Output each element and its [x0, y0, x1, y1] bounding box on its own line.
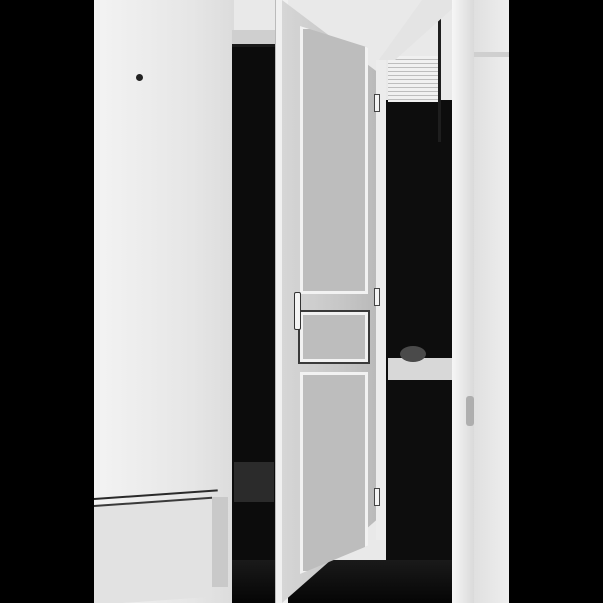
- shelf-object: [400, 346, 426, 362]
- hinge-icon: [374, 488, 380, 506]
- wall-stain: [466, 396, 474, 426]
- hinge-icon: [374, 288, 380, 306]
- wall-hole: [136, 74, 143, 81]
- left-doorway-step: [234, 462, 274, 502]
- window-blind: [388, 56, 440, 102]
- left-doorway-lintel: [232, 30, 276, 47]
- left-doorway: [232, 30, 276, 603]
- door-panel-top: [300, 26, 368, 294]
- floor: [232, 560, 452, 603]
- wall-baseboard-panel: [94, 497, 212, 603]
- blind-cord: [438, 12, 441, 142]
- right-wall: [474, 0, 509, 603]
- right-wall-molding: [474, 52, 509, 57]
- shelf: [388, 358, 452, 380]
- door-handle-icon: [294, 292, 301, 330]
- door-frame-header: [368, 0, 458, 60]
- hinge-icon: [374, 94, 380, 112]
- wall-baseboard-side: [212, 497, 228, 587]
- photograph: [94, 0, 509, 603]
- right-door-post: [452, 0, 474, 603]
- door-panel-bottom: [300, 372, 368, 574]
- door-panel-middle: [300, 312, 368, 362]
